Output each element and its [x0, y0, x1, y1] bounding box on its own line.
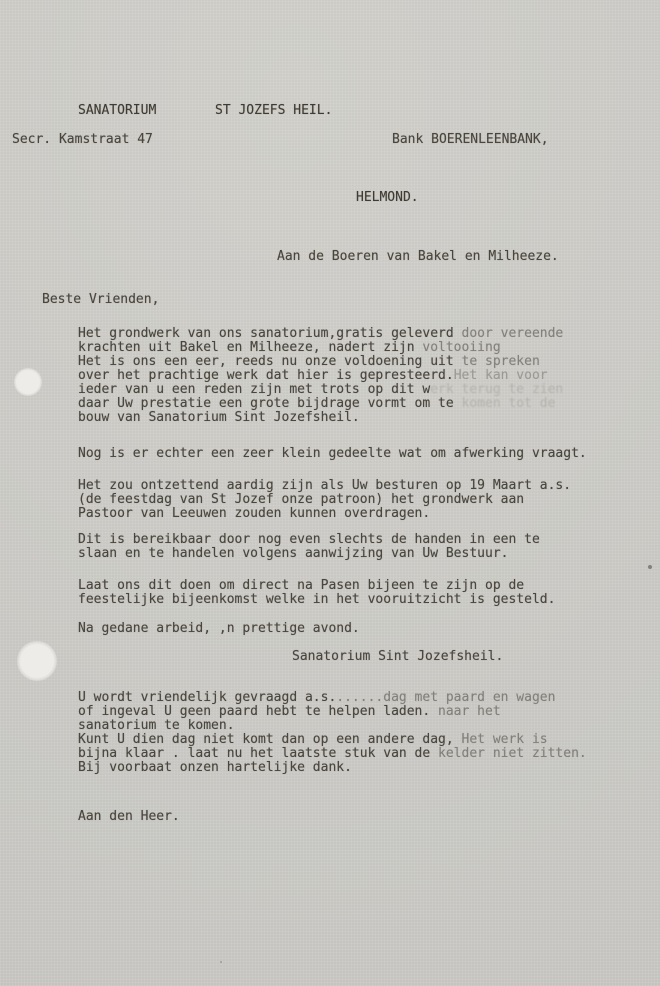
body-line: Dit is bereikbaar door nog even slechts … [78, 533, 540, 547]
footer-addressee: Aan den Heer. [78, 810, 180, 824]
paper-speck [648, 565, 652, 569]
body-line: Pastoor van Leeuwen zouden kunnen overdr… [78, 507, 430, 521]
body-line: Na gedane arbeid, ,n prettige avond. [78, 622, 360, 636]
body-line: daar Uw prestatie een grote bijdrage vor… [78, 397, 555, 411]
body-line: bijna klaar . laat nu het laatste stuk v… [78, 747, 587, 761]
body-line: Nog is er echter een zeer klein gedeelte… [78, 447, 587, 461]
body-line: U wordt vriendelijk gevraagd a.s.......d… [78, 691, 555, 705]
body-line: over het prachtige werk dat hier is gepr… [78, 369, 548, 383]
punch-hole-top [14, 368, 42, 396]
body-line: krachten uit Bakel en Milheeze, nadert z… [78, 341, 501, 355]
body-line: (de feestdag van St Jozef onze patroon) … [78, 493, 524, 507]
salutation: Beste Vrienden, [42, 293, 159, 307]
body-line: ieder van u een reden zijn met trots op … [78, 383, 563, 397]
letterhead-address: Secr. Kamstraat 47 [12, 133, 153, 147]
body-line: Het zou ontzettend aardig zijn als Uw be… [78, 479, 571, 493]
body-line: Laat ons dit doen om direct na Pasen bij… [78, 579, 524, 593]
letterhead-org-right: ST JOZEFS HEIL. [215, 104, 332, 118]
body-line: bouw van Sanatorium Sint Jozefsheil. [78, 411, 360, 425]
paper-speck [220, 961, 222, 963]
letter-page: SANATORIUM ST JOZEFS HEIL. Secr. Kamstra… [0, 0, 660, 986]
punch-hole-bottom [17, 641, 57, 681]
body-line: slaan en te handelen volgens aanwijzing … [78, 547, 508, 561]
body-line: sanatorium te komen. [78, 719, 235, 733]
body-line: Het is ons een eer, reeds nu onze voldoe… [78, 355, 540, 369]
letterhead-bank: Bank BOERENLEENBANK, [392, 133, 549, 147]
signature-line: Sanatorium Sint Jozefsheil. [292, 650, 503, 664]
letterhead-org-left: SANATORIUM [78, 104, 156, 118]
body-line: of ingeval U geen paard hebt te helpen l… [78, 705, 501, 719]
body-line: Kunt U dien dag niet komt dan op een and… [78, 733, 548, 747]
body-line: Bij voorbaat onzen hartelijke dank. [78, 761, 352, 775]
body-line: Het grondwerk van ons sanatorium,gratis … [78, 327, 563, 341]
addressee-line: Aan de Boeren van Bakel en Milheeze. [277, 250, 559, 264]
letterhead-city: HELMOND. [356, 191, 419, 205]
body-line: feestelijke bijeenkomst welke in het voo… [78, 593, 555, 607]
